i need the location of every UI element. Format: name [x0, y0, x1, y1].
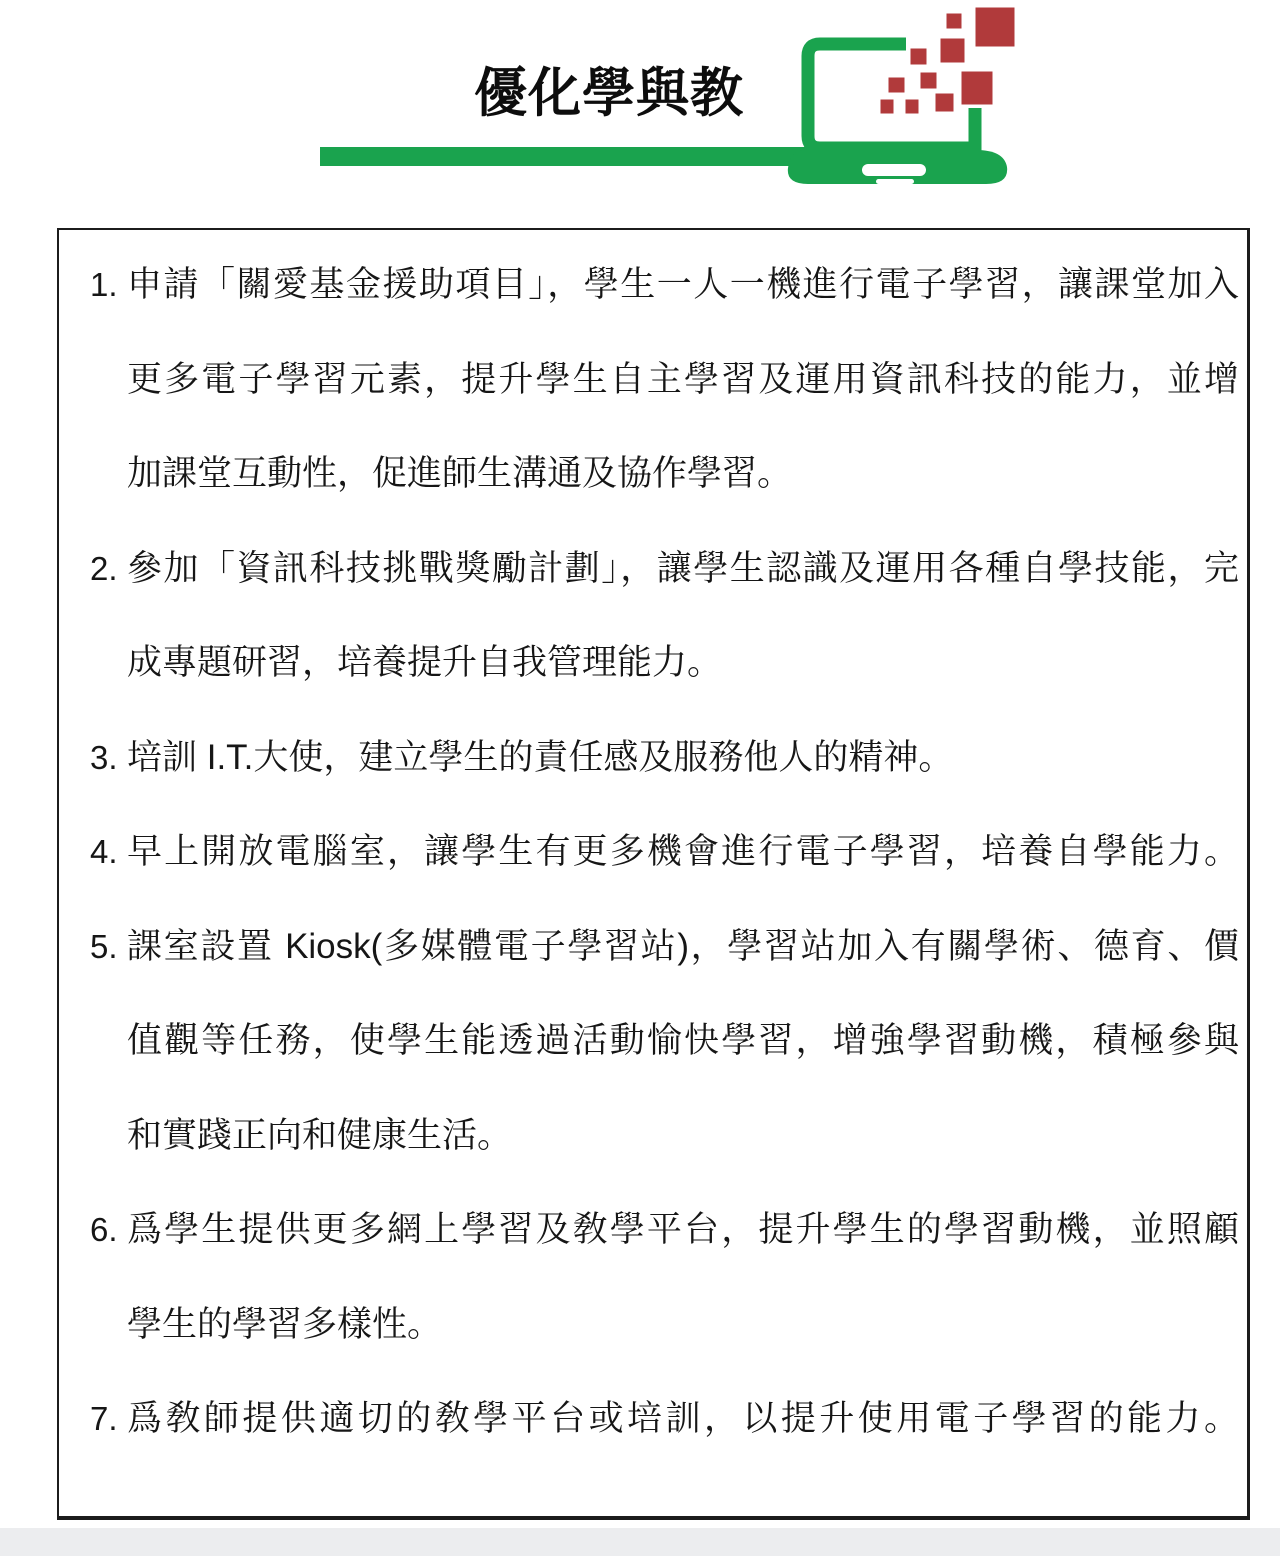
- item-line: 和實踐正向和健康生活。: [127, 1089, 1239, 1184]
- list-item: 1.申請「關愛基金援助項目」，學生一人一機進行電子學習，讓課堂加入更多電子學習元…: [90, 238, 1239, 522]
- item-number: 3.: [90, 711, 118, 806]
- scan-edge-artifact: [0, 1528, 1280, 1556]
- item-line: 爲敎師提供適切的敎學平台或培訓，以提升使用電子學習的能力。: [127, 1372, 1239, 1467]
- trackpad-line: [876, 179, 914, 184]
- item-line: 早上開放電腦室，讓學生有更多機會進行電子學習，培養自學能力。: [127, 805, 1239, 900]
- item-line: 培訓 I.T.大使，建立學生的責任感及服務他人的精神。: [127, 711, 1239, 806]
- list-item: 7.爲敎師提供適切的敎學平台或培訓，以提升使用電子學習的能力。: [90, 1372, 1239, 1467]
- item-line: 加課堂互動性，促進師生溝通及協作學習。: [127, 427, 1239, 522]
- list-item: 6.爲學生提供更多網上學習及敎學平台，提升學生的學習動機，並照顧學生的學習多樣性…: [90, 1183, 1239, 1372]
- item-line: 學生的學習多樣性。: [127, 1278, 1239, 1373]
- item-line: 申請「關愛基金援助項目」，學生一人一機進行電子學習，讓課堂加入: [127, 238, 1239, 333]
- trackpad: [862, 164, 926, 176]
- pixel-squares-icon: [879, 6, 1016, 115]
- item-number: 7.: [90, 1372, 118, 1467]
- item-number: 6.: [90, 1183, 118, 1278]
- item-number: 2.: [90, 522, 118, 617]
- content-box: 1.申請「關愛基金援助項目」，學生一人一機進行電子學習，讓課堂加入更多電子學習元…: [57, 228, 1250, 1520]
- laptop-base: [788, 150, 1007, 184]
- item-line: 更多電子學習元素，提升學生自主學習及運用資訊科技的能力，並增: [127, 333, 1239, 428]
- item-number: 5.: [90, 900, 118, 995]
- item-number: 4.: [90, 805, 118, 900]
- item-line: 課室設置 Kiosk(多媒體電子學習站)，學習站加入有關學術、德育、價: [127, 900, 1239, 995]
- items-list: 1.申請「關愛基金援助項目」，學生一人一機進行電子學習，讓課堂加入更多電子學習元…: [90, 238, 1239, 1467]
- item-line: 參加「資訊科技挑戰獎勵計劃」，讓學生認識及運用各種自學技能，完: [127, 522, 1239, 617]
- laptop-icon: [778, 0, 1040, 200]
- item-line: 成專題研習，培養提升自我管理能力。: [127, 616, 1239, 711]
- list-item: 2.參加「資訊科技挑戰獎勵計劃」，讓學生認識及運用各種自學技能，完成專題研習，培…: [90, 522, 1239, 711]
- list-item: 4.早上開放電腦室，讓學生有更多機會進行電子學習，培養自學能力。: [90, 805, 1239, 900]
- title-underline-bar: [320, 147, 812, 166]
- list-item: 3.培訓 I.T.大使，建立學生的責任感及服務他人的精神。: [90, 711, 1239, 806]
- item-line: 爲學生提供更多網上學習及敎學平台，提升學生的學習動機，並照顧: [127, 1183, 1239, 1278]
- item-line: 值觀等任務，使學生能透過活動愉快學習，增強學習動機，積極參與: [127, 994, 1239, 1089]
- list-item: 5.課室設置 Kiosk(多媒體電子學習站)，學習站加入有關學術、德育、價值觀等…: [90, 900, 1239, 1184]
- page-title: 優化學與教: [474, 66, 744, 122]
- item-number: 1.: [90, 238, 118, 333]
